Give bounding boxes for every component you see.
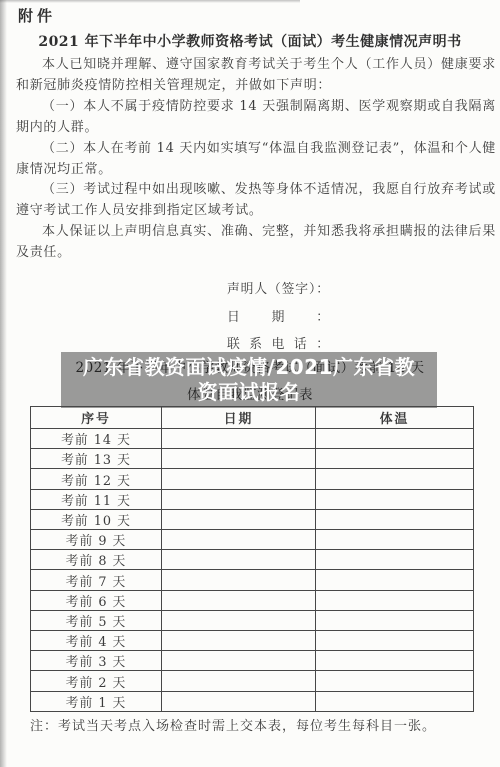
row-label-cell: 考前 7 天 xyxy=(31,570,162,590)
signature-date-label: 日期： xyxy=(227,311,329,325)
row-label-cell: 考前 1 天 xyxy=(31,691,162,711)
date-blank-cell xyxy=(162,590,316,610)
table-row: 考前 9 天 xyxy=(31,530,474,550)
table-row: 考前 13 天 xyxy=(31,449,474,469)
table-row: 考前 12 天 xyxy=(31,469,474,489)
temperature-blank-cell xyxy=(316,429,474,449)
document-title: 2021 年下半年中小学教师资格考试（面试）考生健康情况声明书 xyxy=(10,31,490,51)
temperature-blank-cell xyxy=(316,691,474,711)
date-blank-cell xyxy=(162,509,316,529)
temperature-blank-cell xyxy=(316,610,474,630)
table-row: 考前 14 天 xyxy=(31,429,474,449)
declaration-paragraph-intro: 本人已知晓并理解、遵守国家教育考试关于考生个人（工作人员）健康要求和新冠肺炎疫情… xyxy=(16,55,496,97)
date-blank-cell xyxy=(162,570,316,590)
table-row: 考前 5 天 xyxy=(31,610,474,630)
table-row: 考前 1 天 xyxy=(31,691,474,711)
temperature-log-table: 序号 日期 体温 考前 14 天 考前 13 天 考前 12 天 考前 11 天 xyxy=(30,406,474,712)
temperature-blank-cell xyxy=(316,590,474,610)
table-header-date: 日期 xyxy=(162,407,316,429)
temperature-blank-cell xyxy=(316,651,474,671)
signature-phone-label: 联系电话： xyxy=(227,338,329,352)
watermark-text: 广东省教资面试疫情/2021广东省教 资面试报名 xyxy=(55,355,443,404)
row-label-cell: 考前 9 天 xyxy=(31,530,162,550)
signature-signer-label: 声明人（签字）： xyxy=(227,283,329,297)
row-label-cell: 考前 2 天 xyxy=(31,671,162,691)
watermark-text-line1: 广东省教资面试疫情/2021广东省教 xyxy=(55,355,443,380)
date-blank-cell xyxy=(162,631,316,651)
attachment-label: 附件 xyxy=(18,5,56,26)
declaration-paragraph-item1: （一）本人不属于疫情防控要求 14 天强制隔离期、医学观察期或自我隔离期内的人群… xyxy=(16,97,496,139)
date-blank-cell xyxy=(162,651,316,671)
table-row: 考前 6 天 xyxy=(31,590,474,610)
table-row: 考前 2 天 xyxy=(31,671,474,691)
table-row: 考前 11 天 xyxy=(31,489,474,509)
date-blank-cell xyxy=(162,671,316,691)
row-label-cell: 考前 10 天 xyxy=(31,509,162,529)
temperature-blank-cell xyxy=(316,449,474,469)
row-label-cell: 考前 11 天 xyxy=(31,489,162,509)
temperature-blank-cell xyxy=(316,469,474,489)
row-label-cell: 考前 5 天 xyxy=(31,610,162,630)
row-label-cell: 考前 3 天 xyxy=(31,651,162,671)
table-row: 考前 7 天 xyxy=(31,570,474,590)
declaration-body: 本人已知晓并理解、遵守国家教育考试关于考生个人（工作人员）健康要求和新冠肺炎疫情… xyxy=(16,55,496,264)
scan-edge-shadow-top xyxy=(0,0,300,3)
temperature-blank-cell xyxy=(316,550,474,570)
temperature-blank-cell xyxy=(316,671,474,691)
table-row: 考前 8 天 xyxy=(31,550,474,570)
declaration-paragraph-item3: （三）考试过程中如出现咳嗽、发热等身体不适情况，我愿自行放弃考试或遵守考试工作人… xyxy=(16,180,496,222)
declaration-paragraph-pledge: 本人保证以上声明信息真实、准确、完整，并知悉我将承担瞒报的法律后果及责任。 xyxy=(16,222,496,264)
row-label-cell: 考前 6 天 xyxy=(31,590,162,610)
temperature-blank-cell xyxy=(316,530,474,550)
temperature-blank-cell xyxy=(316,570,474,590)
date-blank-cell xyxy=(162,489,316,509)
date-blank-cell xyxy=(162,691,316,711)
declaration-paragraph-item2: （二）本人在考前 14 天内如实填写“体温自我监测登记表”，体温和个人健康情况均… xyxy=(16,139,496,181)
row-label-cell: 考前 14 天 xyxy=(31,429,162,449)
date-blank-cell xyxy=(162,530,316,550)
table-row: 考前 4 天 xyxy=(31,631,474,651)
table-row: 考前 3 天 xyxy=(31,651,474,671)
temperature-blank-cell xyxy=(316,631,474,651)
table-body: 考前 14 天 考前 13 天 考前 12 天 考前 11 天 考前 10 天 xyxy=(31,429,474,712)
row-label-cell: 考前 13 天 xyxy=(31,449,162,469)
temperature-blank-cell xyxy=(316,509,474,529)
table-header-row: 序号 日期 体温 xyxy=(31,407,474,429)
row-label-cell: 考前 8 天 xyxy=(31,550,162,570)
date-blank-cell xyxy=(162,469,316,489)
table-header-temp: 体温 xyxy=(316,407,474,429)
temperature-blank-cell xyxy=(316,489,474,509)
row-label-cell: 考前 12 天 xyxy=(31,469,162,489)
date-blank-cell xyxy=(162,610,316,630)
date-blank-cell xyxy=(162,429,316,449)
table-header-seq: 序号 xyxy=(31,407,162,429)
date-blank-cell xyxy=(162,550,316,570)
watermark-text-line2: 资面试报名 xyxy=(55,380,443,405)
date-blank-cell xyxy=(162,449,316,469)
row-label-cell: 考前 4 天 xyxy=(31,631,162,651)
scanned-document-page: 附件 2021 年下半年中小学教师资格考试（面试）考生健康情况声明书 本人已知晓… xyxy=(0,0,500,767)
footer-note: 注：考试当天考点入场检查时需上交本表，每位考生每科目一张。 xyxy=(30,715,436,734)
table-row: 考前 10 天 xyxy=(31,509,474,529)
